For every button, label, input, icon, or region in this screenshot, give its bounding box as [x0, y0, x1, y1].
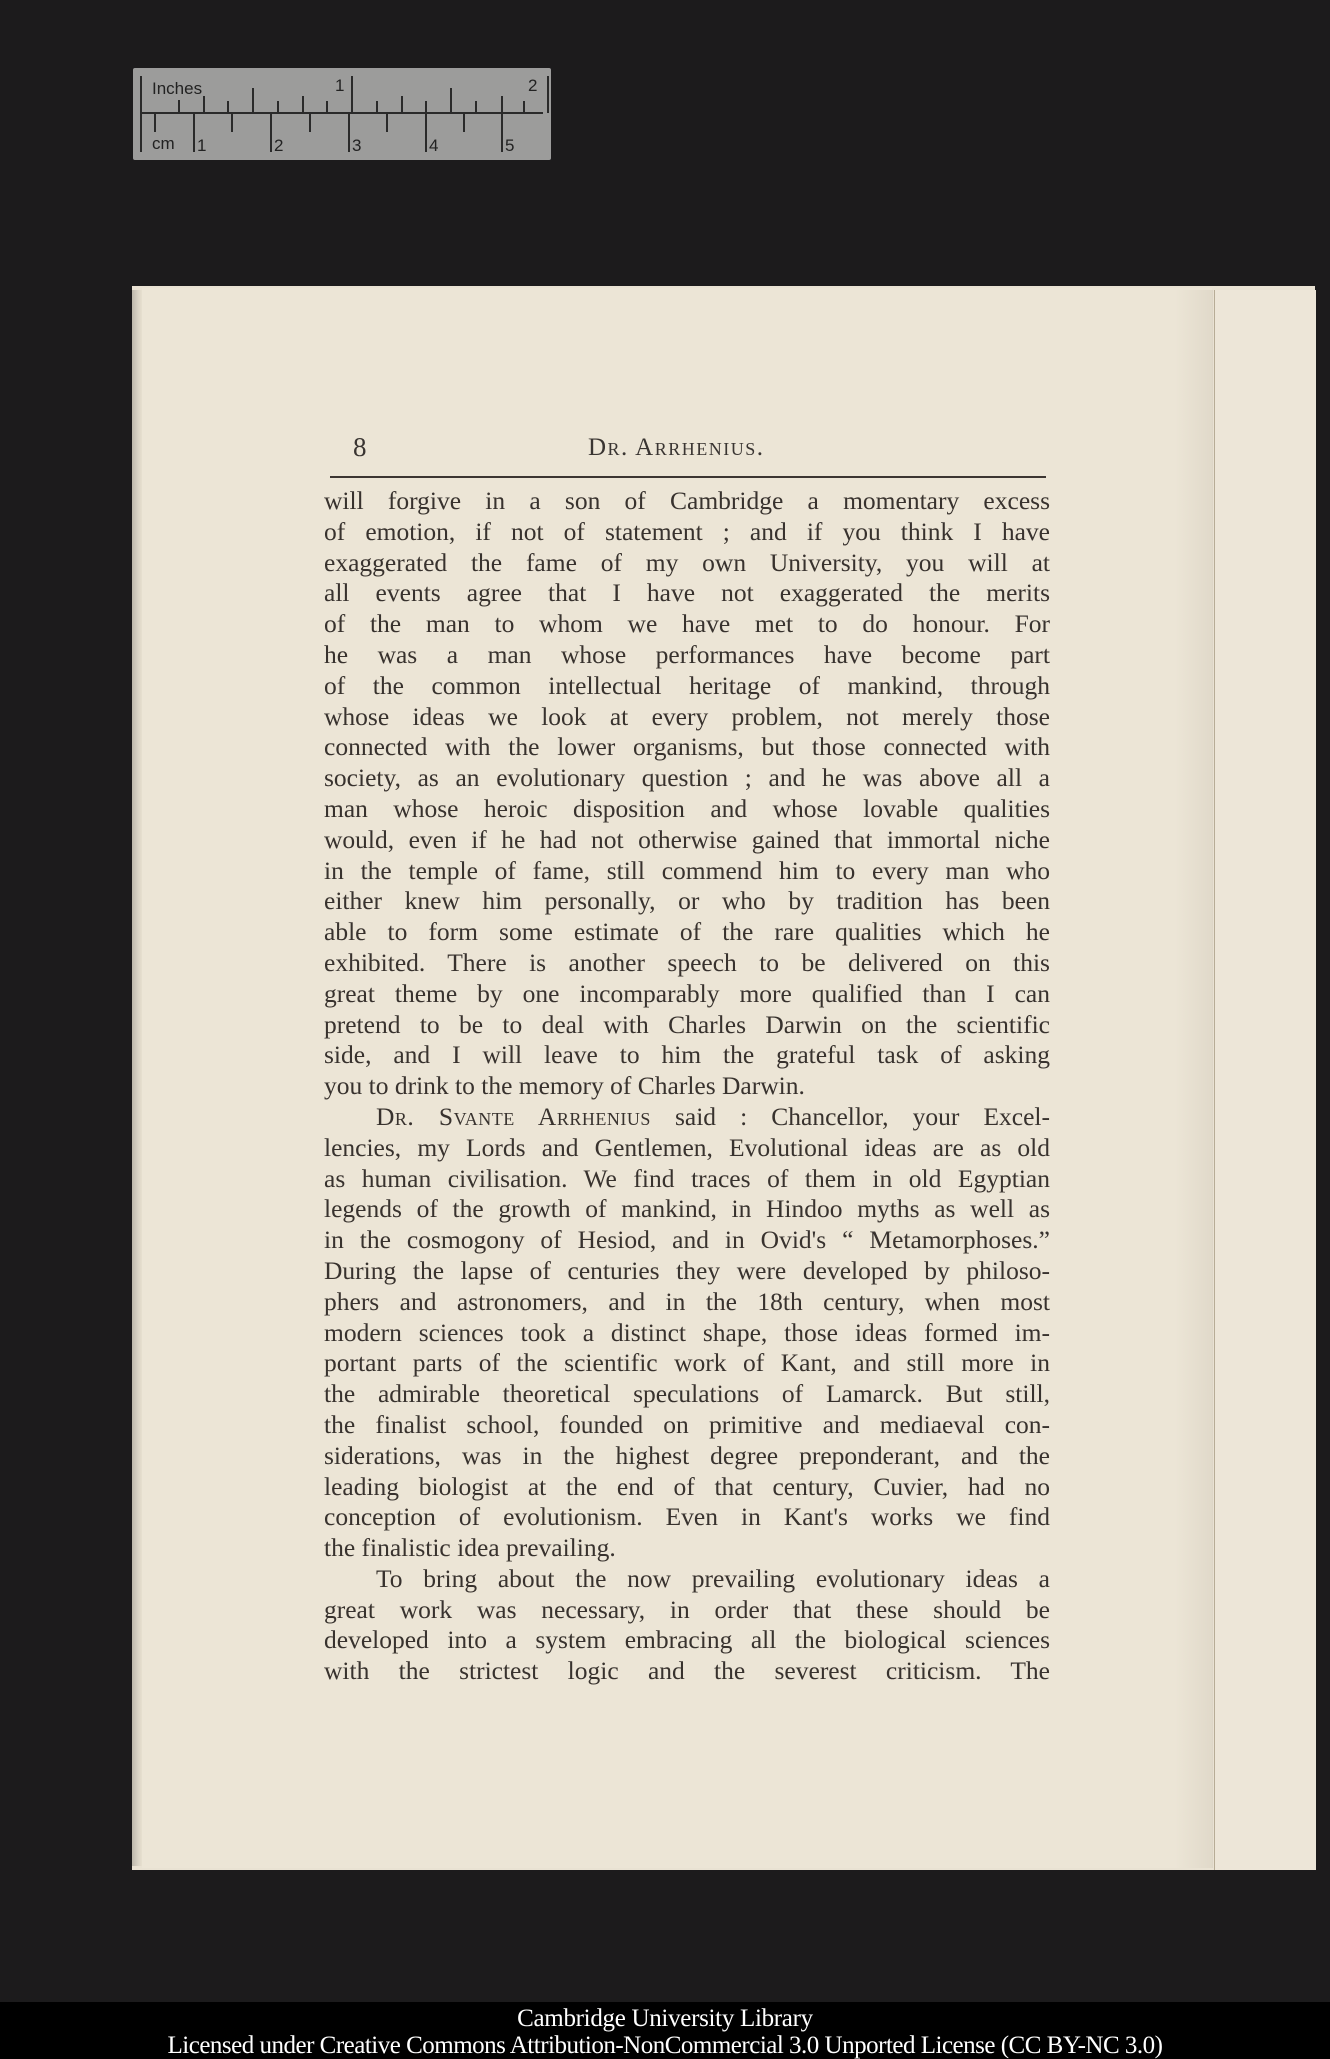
- ruler-center-line: [141, 112, 543, 114]
- text-line: either knew him personally, or who by tr…: [324, 886, 1050, 917]
- ruler-tick: [277, 101, 279, 113]
- ruler-tick: [401, 96, 403, 113]
- text-line: portant parts of the scientific work of …: [324, 1348, 1050, 1379]
- text-line: exhibited. There is another speech to be…: [324, 948, 1050, 979]
- text-line: of emotion, if not of statement ; and if…: [324, 517, 1050, 548]
- text-line: connected with the lower organisms, but …: [324, 732, 1050, 763]
- ruler-tick: [193, 114, 195, 152]
- text-line: able to form some estimate of the rare q…: [324, 917, 1050, 948]
- text-line: in the temple of fame, still commend him…: [324, 856, 1050, 887]
- ruler-tick: [425, 101, 427, 113]
- text-line: great work was necessary, in order that …: [324, 1595, 1050, 1626]
- text-line: with the strictest logic and the severes…: [324, 1656, 1050, 1687]
- ruler-tick: [227, 101, 229, 113]
- ruler-inch-mark-1: 1: [335, 76, 344, 96]
- text-line: siderations, was in the highest degree p…: [324, 1441, 1050, 1472]
- ruler-tick: [270, 114, 272, 152]
- text-line: developed into a system embracing all th…: [324, 1625, 1050, 1656]
- text-line: exaggerated the fame of my own Universit…: [324, 548, 1050, 579]
- text-line: To bring about the now prevailing evolut…: [324, 1564, 1050, 1595]
- ruler-tick: [351, 76, 353, 113]
- text-line: whose ideas we look at every problem, no…: [324, 702, 1050, 733]
- text-line: leading biologist at the end of that cen…: [324, 1472, 1050, 1503]
- text-line: society, as an evolutionary question ; a…: [324, 763, 1050, 794]
- text-line: the finalistic idea prevailing.: [324, 1533, 1050, 1564]
- page-number: 8: [353, 432, 367, 463]
- ruler-start-line: [140, 76, 142, 152]
- body-text: will forgive in a son of Cambridge a mom…: [324, 486, 1050, 1687]
- ruler-cm-mark-1: 1: [197, 136, 206, 156]
- attribution-footer: Cambridge University Library Licensed un…: [0, 2002, 1330, 2059]
- ruler-cm-mark-3: 3: [352, 136, 361, 156]
- ruler-tick: [309, 114, 311, 132]
- text-line: During the lapse of centuries they were …: [324, 1256, 1050, 1287]
- ruler-tick: [326, 101, 328, 113]
- text-line: man whose heroic disposition and whose l…: [324, 794, 1050, 825]
- ruler-tick: [231, 114, 233, 132]
- text-line: Dr. Svante Arrhenius said : Chancellor, …: [324, 1102, 1050, 1133]
- ruler-inches-label: Inches: [152, 79, 202, 99]
- text-line: pretend to be to deal with Charles Darwi…: [324, 1010, 1050, 1041]
- ruler-tick: [376, 101, 378, 113]
- ruler-tick: [425, 114, 427, 152]
- text-line: modern sciences took a distinct shape, t…: [324, 1318, 1050, 1349]
- text-line: of the common intellectual heritage of m…: [324, 671, 1050, 702]
- ruler-tick: [450, 88, 452, 113]
- text-line: of the man to whom we have met to do hon…: [324, 609, 1050, 640]
- running-head: 8 Dr. Arrhenius.: [330, 432, 1046, 472]
- text-line: the finalist school, founded on primitiv…: [324, 1410, 1050, 1441]
- ruler-tick: [475, 101, 477, 113]
- running-title: Dr. Arrhenius.: [588, 434, 765, 462]
- ruler-cm-label: cm: [152, 134, 175, 154]
- paragraph: will forgive in a son of Cambridge a mom…: [324, 486, 1050, 1102]
- text-fragment: said : Chancellor, your Excel-: [651, 1102, 1050, 1131]
- scale-ruler: Inches 1 2 cm 1 2 3 4 5: [133, 68, 551, 160]
- ruler-tick: [203, 96, 205, 113]
- text-line: phers and astronomers, and in the 18th c…: [324, 1287, 1050, 1318]
- license-notice: Licensed under Creative Commons Attribut…: [0, 2032, 1330, 2059]
- gutter-shadow: [1175, 290, 1213, 1868]
- text-line: conception of evolutionism. Even in Kant…: [324, 1502, 1050, 1533]
- text-line: will forgive in a son of Cambridge a mom…: [324, 486, 1050, 517]
- ruler-tick: [501, 114, 503, 152]
- ruler-tick: [302, 96, 304, 113]
- ruler-tick: [386, 114, 388, 132]
- text-line: the admirable theoretical speculations o…: [324, 1379, 1050, 1410]
- ruler-tick: [463, 114, 465, 132]
- paragraph: To bring about the now prevailing evolut…: [324, 1564, 1050, 1687]
- text-line: great theme by one incomparably more qua…: [324, 979, 1050, 1010]
- text-line: he was a man whose performances have bec…: [324, 640, 1050, 671]
- ruler-tick: [523, 101, 525, 113]
- text-line: all events agree that I have not exagger…: [324, 578, 1050, 609]
- ruler-tick: [547, 76, 549, 113]
- ruler-cm-mark-4: 4: [429, 136, 438, 156]
- text-line: you to drink to the memory of Charles Da…: [324, 1071, 1050, 1102]
- facing-page-edge: [1214, 290, 1316, 1870]
- ruler-cm-mark-2: 2: [274, 136, 283, 156]
- ruler-tick: [154, 114, 156, 132]
- ruler-inch-mark-2: 2: [528, 76, 537, 96]
- institution-credit: Cambridge University Library: [0, 2005, 1330, 2032]
- speaker-name: Dr. Svante Arrhenius: [376, 1102, 651, 1131]
- text-line: as human civilisation. We find traces of…: [324, 1164, 1050, 1195]
- text-line: side, and I will leave to him the gratef…: [324, 1040, 1050, 1071]
- ruler-cm-mark-5: 5: [505, 136, 514, 156]
- ruler-tick: [178, 100, 180, 113]
- text-line: would, even if he had not otherwise gain…: [324, 825, 1050, 856]
- header-rule: [330, 476, 1046, 478]
- text-line: in the cosmogony of Hesiod, and in Ovid'…: [324, 1225, 1050, 1256]
- text-line: lencies, my Lords and Gentlemen, Evoluti…: [324, 1133, 1050, 1164]
- text-line: legends of the growth of mankind, in Hin…: [324, 1194, 1050, 1225]
- page-edge: [132, 290, 142, 1866]
- paragraph: Dr. Svante Arrhenius said : Chancellor, …: [324, 1102, 1050, 1564]
- ruler-tick: [501, 96, 503, 113]
- ruler-tick: [348, 114, 350, 152]
- ruler-tick: [252, 88, 254, 113]
